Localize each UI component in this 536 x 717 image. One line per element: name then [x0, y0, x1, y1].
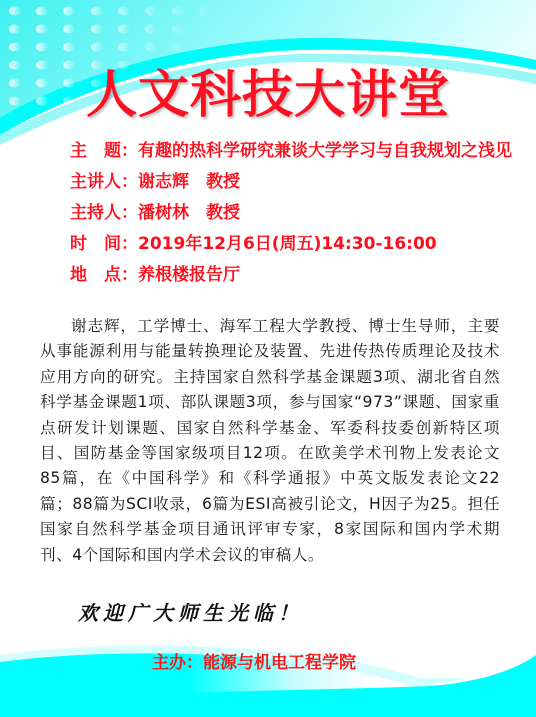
info-value-topic: 有趣的热科学研究兼谈大学学习与自我规划之浅见 — [138, 141, 512, 161]
info-label-host: 主持人： — [70, 198, 138, 229]
organizer-text: 主办：能源与机电工程学院 — [152, 648, 356, 673]
info-value-time: 2019年12月6日(周五)14:30-16:00 — [138, 234, 437, 254]
poster-title: 人文科技大讲堂 — [0, 66, 536, 126]
info-host: 主持人：潘树林 教授 — [70, 198, 512, 229]
info-label-topic: 主 题： — [70, 136, 138, 167]
info-label-time: 时 间： — [70, 229, 138, 260]
info-topic: 主 题：有趣的热科学研究兼谈大学学习与自我规划之浅见 — [70, 136, 512, 167]
info-location: 地 点：养根楼报告厅 — [70, 260, 512, 291]
info-label-speaker: 主讲人： — [70, 167, 138, 198]
welcome-message: 欢迎广大师生光临！ — [78, 597, 303, 626]
info-label-location: 地 点： — [70, 260, 138, 291]
info-time: 时 间：2019年12月6日(周五)14:30-16:00 — [70, 229, 512, 260]
lecture-poster: 人文科技大讲堂 主 题：有趣的热科学研究兼谈大学学习与自我规划之浅见 主讲人：谢… — [0, 0, 536, 717]
event-info: 主 题：有趣的热科学研究兼谈大学学习与自我规划之浅见 主讲人：谢志辉 教授 主持… — [70, 136, 512, 291]
info-value-speaker: 谢志辉 教授 — [138, 172, 240, 192]
info-speaker: 主讲人：谢志辉 教授 — [70, 167, 512, 198]
speaker-bio: 谢志辉，工学博士、海军工程大学教授、博士生导师，主要从事能源利用与能量转换理论及… — [40, 314, 500, 568]
info-value-host: 潘树林 教授 — [138, 203, 240, 223]
info-value-location: 养根楼报告厅 — [138, 265, 240, 285]
